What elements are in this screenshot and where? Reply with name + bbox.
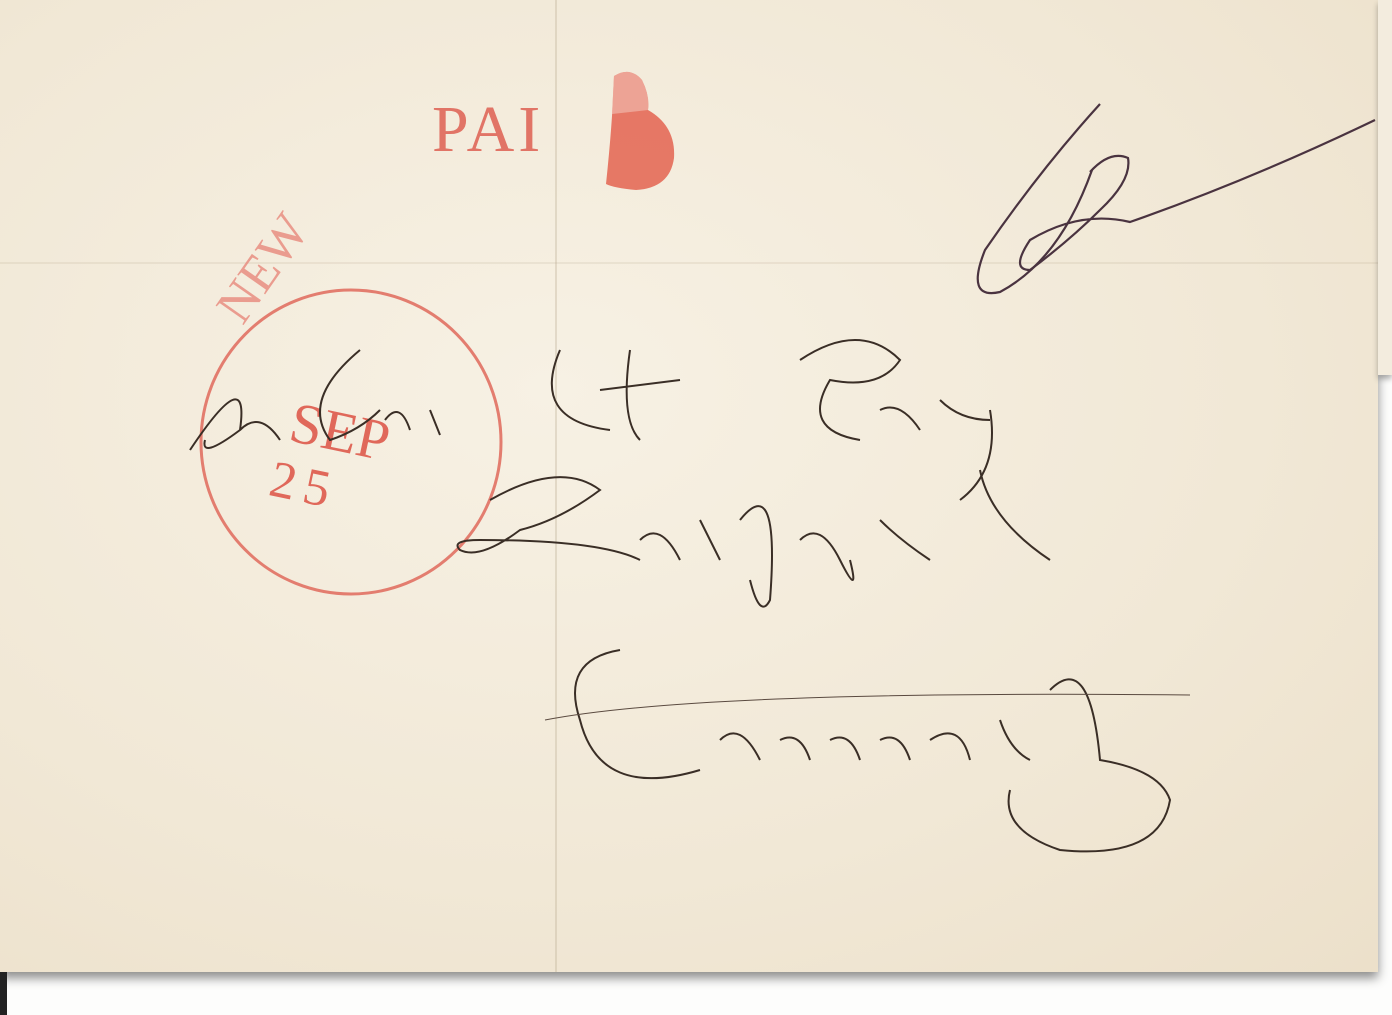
paid-handstamp-smudge xyxy=(600,66,678,194)
fold-line-horizontal xyxy=(0,262,1378,264)
fold-line-vertical xyxy=(555,0,557,972)
paid-handstamp: PAI xyxy=(432,92,544,168)
cover-flap xyxy=(1378,0,1392,375)
scanner-edge xyxy=(0,972,7,1015)
